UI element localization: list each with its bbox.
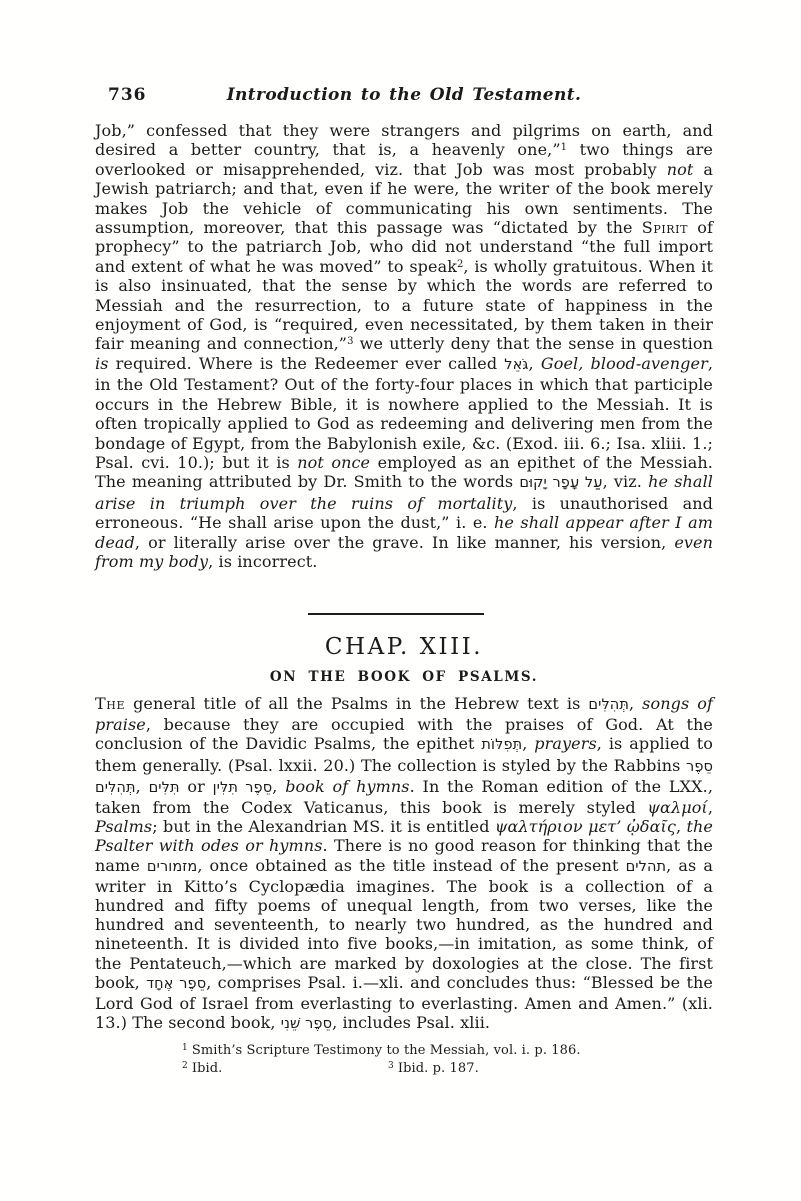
text-segment: not once bbox=[297, 453, 370, 472]
section-divider-rule bbox=[308, 613, 484, 615]
text-segment: , bbox=[272, 777, 285, 796]
book-page: 736 Introduction to the Old Testament. J… bbox=[0, 0, 801, 1201]
footnote-3-marker: 3 bbox=[388, 1061, 394, 1071]
running-title: Introduction to the Old Testament. bbox=[95, 85, 713, 105]
greek-text: ψαλτήριον μετ’ ᾠδαῖς bbox=[495, 817, 676, 836]
text-segment: The bbox=[95, 694, 125, 713]
hebrew-text: סֵפֶר שֵׁנִי bbox=[281, 1016, 332, 1032]
text-segment: Psalms bbox=[95, 817, 152, 836]
hebrew-text: מזמורים bbox=[147, 859, 197, 875]
text-segment: , bbox=[629, 694, 642, 713]
text-segment: , bbox=[136, 777, 149, 796]
footnote-1-text: Smith’s Scripture Testimony to the Messi… bbox=[192, 1043, 581, 1058]
hebrew-text: תְּפִלּוֹת bbox=[481, 737, 522, 753]
text-segment: , as a writer in Kitto’s Cyclopædia imag… bbox=[95, 856, 713, 992]
paragraph-job-discussion: Job,” confessed that they were strangers… bbox=[95, 121, 713, 571]
text-segment: not bbox=[667, 160, 694, 179]
text-segment: , bbox=[522, 734, 534, 753]
footnotes: 1Smith’s Scripture Testimony to the Mess… bbox=[95, 1042, 713, 1077]
footnote-row-1: 1Smith’s Scripture Testimony to the Mess… bbox=[95, 1042, 713, 1060]
hebrew-text: גֹּאֵל bbox=[504, 357, 528, 373]
text-segment: , is incorrect. bbox=[208, 552, 317, 571]
footnote-2: 2Ibid. bbox=[182, 1060, 388, 1078]
text-segment: Spirit bbox=[642, 218, 688, 237]
text-segment: , bbox=[708, 798, 713, 817]
hebrew-text: עַל עָפָר יָקוּם bbox=[519, 475, 602, 491]
footnote-3: 3Ibid. p. 187. bbox=[388, 1060, 479, 1078]
text-segment: general title of all the Psalms in the H… bbox=[125, 694, 588, 713]
footnote-1-marker: 1 bbox=[182, 1043, 188, 1053]
chapter-heading: CHAP. XIII. bbox=[95, 634, 713, 660]
text-segment: or bbox=[180, 777, 213, 796]
paragraph-psalms-intro: The general title of all the Psalms in t… bbox=[95, 694, 713, 1034]
text-segment: book of hymns bbox=[285, 777, 409, 796]
text-segment: , or literally arise over the grave. In … bbox=[135, 533, 674, 552]
hebrew-text: תהלים bbox=[626, 859, 667, 875]
hebrew-text: סֵפֶר תִּלִּין bbox=[213, 780, 273, 796]
footnote-row-2: 2Ibid. 3Ibid. p. 187. bbox=[95, 1060, 713, 1078]
page-number: 736 bbox=[108, 85, 147, 105]
text-segment: , bbox=[676, 817, 687, 836]
text-segment: prayers bbox=[534, 734, 597, 753]
text-segment: we utterly deny that the sense in questi… bbox=[353, 334, 713, 353]
text-segment: is bbox=[95, 354, 109, 373]
footnote-2-text: Ibid. bbox=[192, 1061, 223, 1076]
text-segment: required. Where is the Redeemer ever cal… bbox=[109, 354, 505, 373]
footnote-3-text: Ibid. p. 187. bbox=[398, 1061, 479, 1076]
running-head: 736 Introduction to the Old Testament. bbox=[95, 85, 713, 107]
text-segment: , includes Psal. xlii. bbox=[332, 1013, 490, 1032]
text-segment: ; but in the Alexandrian MS. it is entit… bbox=[152, 817, 495, 836]
text-segment: Goel, blood-avenger bbox=[541, 354, 708, 373]
footnote-2-marker: 2 bbox=[182, 1061, 188, 1071]
chapter-subheading: ON THE BOOK OF PSALMS. bbox=[95, 669, 713, 685]
hebrew-text: תְּהִלִּים bbox=[588, 697, 629, 713]
text-segment: , bbox=[529, 354, 541, 373]
footnote-1: 1Smith’s Scripture Testimony to the Mess… bbox=[182, 1043, 581, 1058]
hebrew-text: סֵפֶר אֶחָד bbox=[146, 976, 206, 992]
hebrew-text: תִּלִּים bbox=[149, 780, 180, 796]
text-segment: , viz. bbox=[603, 472, 649, 491]
greek-text: ψαλμοί bbox=[647, 798, 707, 817]
text-segment: , once obtained as the title instead of … bbox=[197, 856, 625, 875]
